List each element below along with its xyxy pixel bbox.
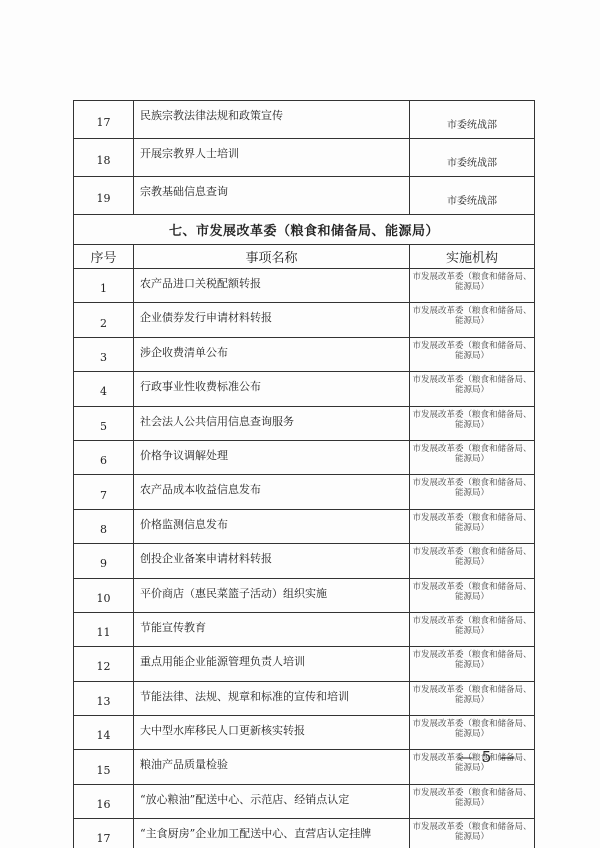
row-item: 平价商店（惠民菜篮子活动）组织实施 — [134, 578, 410, 612]
row-item: 价格争议调解处理 — [134, 440, 410, 474]
table-row: 1农产品进口关税配额转报市发展改革委（粮食和储备局、能源局） — [74, 269, 535, 303]
row-org: 市委统战部 — [410, 177, 535, 215]
row-item: 节能宣传教育 — [134, 612, 410, 646]
row-item: 开展宗教界人士培训 — [134, 139, 410, 177]
row-number: 1 — [74, 269, 134, 303]
row-item: 社会法人公共信用信息查询服务 — [134, 406, 410, 440]
row-org: 市发展改革委（粮食和储备局、能源局） — [410, 612, 535, 646]
row-org: 市发展改革委（粮食和储备局、能源局） — [410, 440, 535, 474]
row-item: 农产品成本收益信息发布 — [134, 475, 410, 509]
table-row: 2企业债券发行申请材料转报市发展改革委（粮食和储备局、能源局） — [74, 303, 535, 337]
row-number: 16 — [74, 784, 134, 818]
row-number: 9 — [74, 544, 134, 578]
column-header-item: 事项名称 — [134, 245, 410, 269]
row-item: 企业债券发行申请材料转报 — [134, 303, 410, 337]
table-row: 18 开展宗教界人士培训 市委统战部 — [74, 139, 535, 177]
row-number: 15 — [74, 750, 134, 784]
row-number: 2 — [74, 303, 134, 337]
row-item: 涉企收费清单公布 — [134, 337, 410, 371]
table-row: 13节能法律、法规、规章和标准的宣传和培训市发展改革委（粮食和储备局、能源局） — [74, 681, 535, 715]
row-item: 创投企业备案申请材料转报 — [134, 544, 410, 578]
row-item: 价格监测信息发布 — [134, 509, 410, 543]
row-org: 市发展改革委（粮食和储备局、能源局） — [410, 372, 535, 406]
row-org: 市发展改革委（粮食和储备局、能源局） — [410, 544, 535, 578]
row-number: 6 — [74, 440, 134, 474]
row-item: 民族宗教法律法规和政策宣传 — [134, 101, 410, 139]
services-table: 17 民族宗教法律法规和政策宣传 市委统战部 18 开展宗教界人士培训 市委统战… — [73, 100, 535, 848]
table-row: 19 宗教基础信息查询 市委统战部 — [74, 177, 535, 215]
row-number: 17 — [74, 101, 134, 139]
section-header-row: 七、市发展改革委（粮食和储备局、能源局） — [74, 215, 535, 245]
row-org: 市发展改革委（粮食和储备局、能源局） — [410, 647, 535, 681]
table-row: 5社会法人公共信用信息查询服务市发展改革委（粮食和储备局、能源局） — [74, 406, 535, 440]
row-org: 市发展改革委（粮食和储备局、能源局） — [410, 784, 535, 818]
row-item: 节能法律、法规、规章和标准的宣传和培训 — [134, 681, 410, 715]
row-number: 8 — [74, 509, 134, 543]
table-row: 17 民族宗教法律法规和政策宣传 市委统战部 — [74, 101, 535, 139]
table-row: 14大中型水库移民人口更新核实转报市发展改革委（粮食和储备局、能源局） — [74, 716, 535, 750]
row-number: 7 — [74, 475, 134, 509]
row-org: 市发展改革委（粮食和储备局、能源局） — [410, 681, 535, 715]
row-number: 3 — [74, 337, 134, 371]
row-number: 19 — [74, 177, 134, 215]
column-header-row: 序号 事项名称 实施机构 — [74, 245, 535, 269]
row-org: 市发展改革委（粮食和储备局、能源局） — [410, 406, 535, 440]
table-row: 12重点用能企业能源管理负责人培训市发展改革委（粮食和储备局、能源局） — [74, 647, 535, 681]
row-org: 市委统战部 — [410, 101, 535, 139]
table-row: 11节能宣传教育市发展改革委（粮食和储备局、能源局） — [74, 612, 535, 646]
row-item: 粮油产品质量检验 — [134, 750, 410, 784]
column-header-org: 实施机构 — [410, 245, 535, 269]
table-row: 6价格争议调解处理市发展改革委（粮食和储备局、能源局） — [74, 440, 535, 474]
table-row: 8价格监测信息发布市发展改革委（粮食和储备局、能源局） — [74, 509, 535, 543]
table-row: 4行政事业性收费标准公布市发展改革委（粮食和储备局、能源局） — [74, 372, 535, 406]
row-org: 市发展改革委（粮食和储备局、能源局） — [410, 716, 535, 750]
row-number: 4 — [74, 372, 134, 406]
table-row: 9创投企业备案申请材料转报市发展改革委（粮食和储备局、能源局） — [74, 544, 535, 578]
row-org: 市发展改革委（粮食和储备局、能源局） — [410, 269, 535, 303]
row-item: 宗教基础信息查询 — [134, 177, 410, 215]
row-org: 市发展改革委（粮食和储备局、能源局） — [410, 819, 535, 848]
table-row: 10平价商店（惠民菜篮子活动）组织实施市发展改革委（粮食和储备局、能源局） — [74, 578, 535, 612]
column-header-no: 序号 — [74, 245, 134, 269]
row-org: 市发展改革委（粮食和储备局、能源局） — [410, 303, 535, 337]
document-page: 17 民族宗教法律法规和政策宣传 市委统战部 18 开展宗教界人士培训 市委统战… — [0, 0, 600, 848]
page-number: — 5 — — [458, 748, 517, 766]
row-item: 行政事业性收费标准公布 — [134, 372, 410, 406]
row-org: 市发展改革委（粮食和储备局、能源局） — [410, 509, 535, 543]
row-item: 农产品进口关税配额转报 — [134, 269, 410, 303]
row-org: 市发展改革委（粮食和储备局、能源局） — [410, 578, 535, 612]
row-item: 重点用能企业能源管理负责人培训 — [134, 647, 410, 681]
row-number: 11 — [74, 612, 134, 646]
row-number: 17 — [74, 819, 134, 848]
row-item: “主食厨房”企业加工配送中心、直营店认定挂牌 — [134, 819, 410, 848]
row-number: 10 — [74, 578, 134, 612]
row-number: 18 — [74, 139, 134, 177]
table-row: 3涉企收费清单公布市发展改革委（粮食和储备局、能源局） — [74, 337, 535, 371]
section-title: 七、市发展改革委（粮食和储备局、能源局） — [74, 215, 535, 245]
row-number: 5 — [74, 406, 134, 440]
row-org: 市委统战部 — [410, 139, 535, 177]
row-item: “放心粮油”配送中心、示范店、经销点认定 — [134, 784, 410, 818]
row-number: 12 — [74, 647, 134, 681]
row-org: 市发展改革委（粮食和储备局、能源局） — [410, 337, 535, 371]
row-number: 13 — [74, 681, 134, 715]
table-row: 16“放心粮油”配送中心、示范店、经销点认定市发展改革委（粮食和储备局、能源局） — [74, 784, 535, 818]
row-org: 市发展改革委（粮食和储备局、能源局） — [410, 475, 535, 509]
table-row: 7农产品成本收益信息发布市发展改革委（粮食和储备局、能源局） — [74, 475, 535, 509]
row-number: 14 — [74, 716, 134, 750]
row-item: 大中型水库移民人口更新核实转报 — [134, 716, 410, 750]
table-row: 17“主食厨房”企业加工配送中心、直营店认定挂牌市发展改革委（粮食和储备局、能源… — [74, 819, 535, 848]
